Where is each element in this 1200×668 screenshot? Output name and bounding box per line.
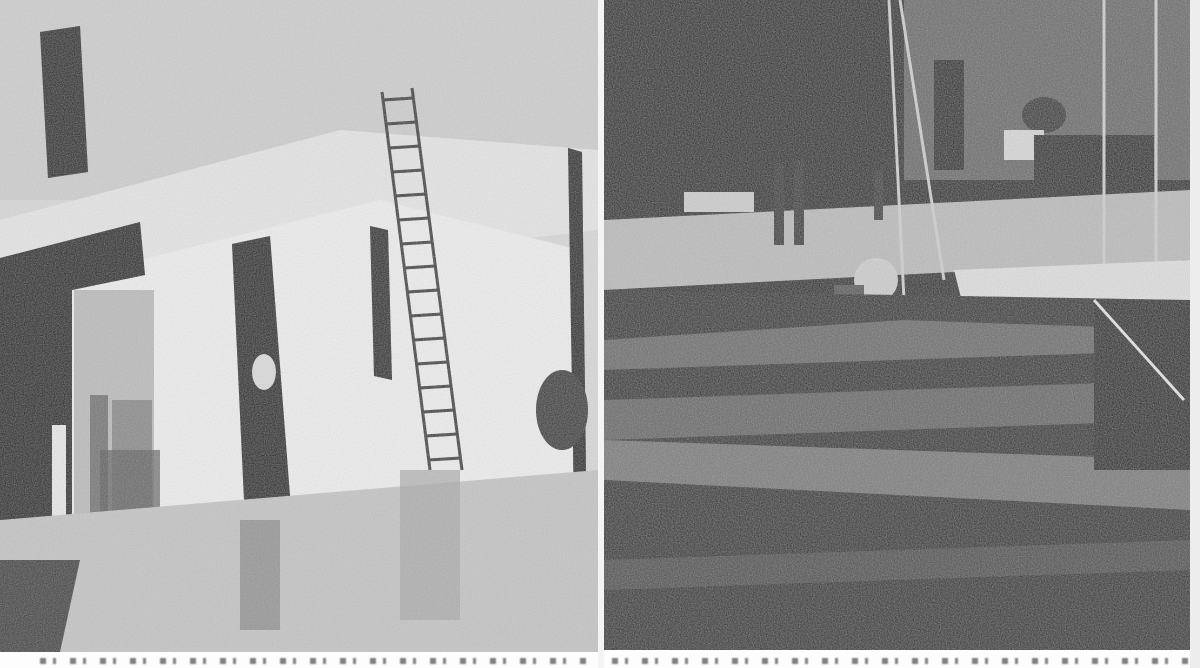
newspaper-page bbox=[0, 0, 1200, 668]
photo-harbor-with-boats bbox=[604, 0, 1190, 650]
caption-left bbox=[40, 658, 590, 664]
caption-right bbox=[612, 658, 1192, 664]
building-photo-illustration bbox=[0, 0, 598, 652]
page-edge bbox=[1190, 0, 1200, 668]
photo-building-with-ladder bbox=[0, 0, 598, 652]
harbor-photo-illustration bbox=[604, 0, 1190, 650]
caption-strip bbox=[0, 652, 1200, 668]
